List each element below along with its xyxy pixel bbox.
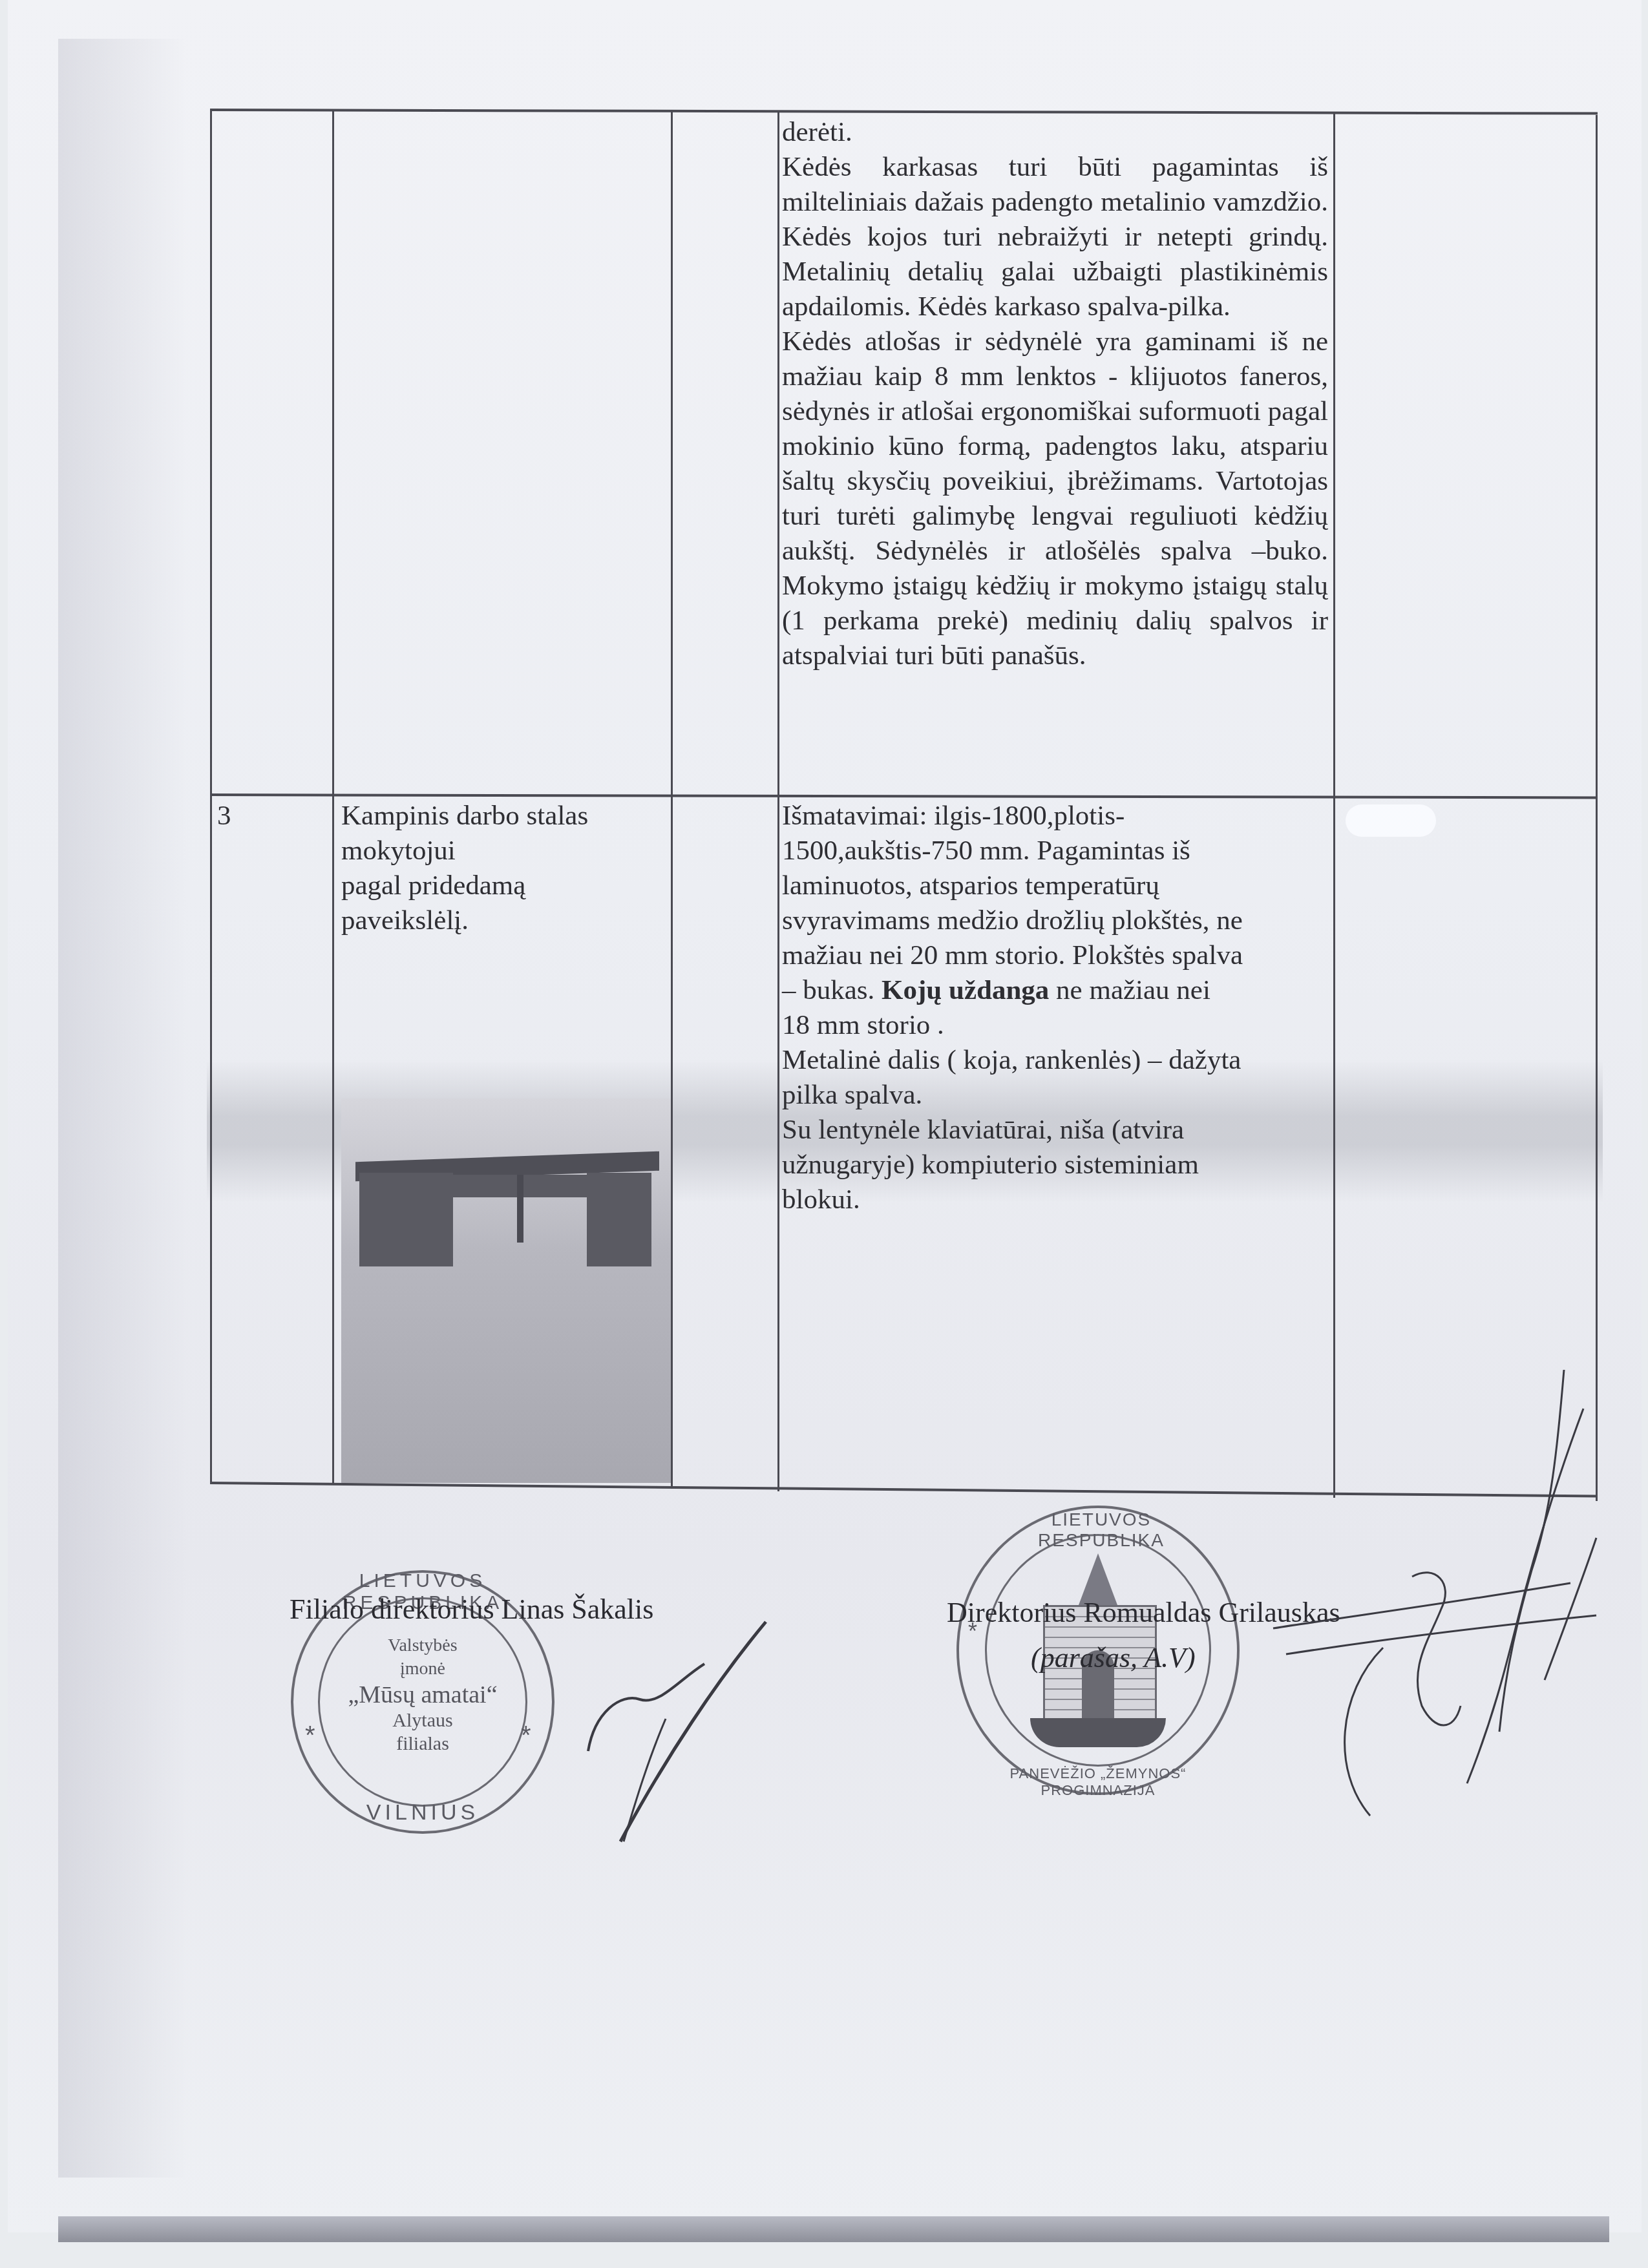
- left-stamp-center: Valstybės įmonė „Mūsų amatai“ Alytaus fi…: [319, 1634, 526, 1756]
- desk-leg: [517, 1175, 523, 1243]
- col-border-1: [210, 110, 212, 1483]
- left-stamp-star: *: [305, 1721, 315, 1750]
- item-name-line: pagal pridedamą: [341, 868, 664, 903]
- row-1-description: derėti. Kėdės karkasas turi būti pagamin…: [782, 115, 1328, 673]
- col-border-6: [1596, 115, 1598, 1501]
- description-line: užnugaryje) kompiuterio sisteminiam: [782, 1148, 1328, 1182]
- right-signatory-sublabel: (parašas, A.V): [1031, 1641, 1196, 1674]
- description-paragraph: Kėdės karkasas turi būti pagamintas iš m…: [782, 150, 1328, 324]
- col-border-5: [1333, 114, 1335, 1498]
- right-handwritten-signature: [1260, 1370, 1622, 1822]
- right-stamp-top-text: LIETUVOS RESPUBLIKA: [998, 1509, 1205, 1551]
- stamp-line: Valstybės: [319, 1634, 526, 1657]
- stamp-line: filialas: [319, 1732, 526, 1756]
- stamp-line: „Mūsų amatai“: [319, 1683, 526, 1706]
- item-name-line: Kampinis darbo stalas: [341, 799, 664, 834]
- right-stamp-bottom-text: PANEVĖŽIO „ŽEMYNOS“ PROGIMNAZIJA: [972, 1765, 1224, 1799]
- col-border-3: [671, 111, 673, 1489]
- left-handwritten-signature: [569, 1602, 782, 1848]
- bold-term: Kojų uždanga: [882, 975, 1049, 1005]
- description-line: Su lentynėle klaviatūrai, niša (atvira: [782, 1113, 1328, 1148]
- text-suffix: ne mažiau nei: [1049, 975, 1210, 1005]
- row-2-item-name: Kampinis darbo stalas mokytojui pagal pr…: [341, 799, 664, 938]
- stamp-line: įmonė: [319, 1657, 526, 1681]
- scan-shadow-bottom: [58, 2216, 1609, 2242]
- description-line: pilka spalva.: [782, 1078, 1328, 1113]
- description-line: Metalinė dalis ( koja, rankenlės) – dažy…: [782, 1043, 1328, 1078]
- item-name-line: paveikslėlį.: [341, 903, 664, 938]
- description-line: blokui.: [782, 1182, 1328, 1217]
- description-paragraph: Kėdės atlošas ir sėdynėlė yra gaminami i…: [782, 324, 1328, 673]
- description-line: laminuotos, atsparios temperatūrų: [782, 868, 1328, 903]
- description-line: mažiau nei 20 mm storio. Plokštės spalva: [782, 938, 1328, 973]
- row-2-description: Išmatavimai: ilgis-1800,plotis- 1500,auk…: [782, 799, 1328, 1217]
- description-line: 18 mm storio .: [782, 1008, 1328, 1043]
- description-line: Išmatavimai: ilgis-1800,plotis-: [782, 799, 1328, 834]
- col-border-4: [777, 112, 779, 1491]
- col-border-2: [332, 110, 334, 1485]
- text-prefix: – bukas.: [782, 975, 882, 1005]
- corner-desk-image: [341, 1098, 671, 1483]
- left-stamp-bottom-text: VILNIUS: [358, 1800, 487, 1825]
- description-paragraph: derėti.: [782, 115, 1328, 150]
- item-name-line: mokytojui: [341, 834, 664, 868]
- scan-shadow-left: [58, 39, 187, 2178]
- description-line: 1500,aukštis-750 mm. Pagamintas iš: [782, 834, 1328, 868]
- stamp-line: Alytaus: [319, 1709, 526, 1732]
- desk-right-pedestal: [587, 1173, 651, 1266]
- correction-fluid-mark: [1346, 804, 1436, 837]
- description-line: svyravimams medžio drožlių plokštės, ne: [782, 903, 1328, 938]
- description-line-mixed: – bukas. Kojų uždanga ne mažiau nei: [782, 973, 1328, 1008]
- desk-left-pedestal: [359, 1173, 453, 1266]
- row-2-number: 3: [217, 799, 231, 834]
